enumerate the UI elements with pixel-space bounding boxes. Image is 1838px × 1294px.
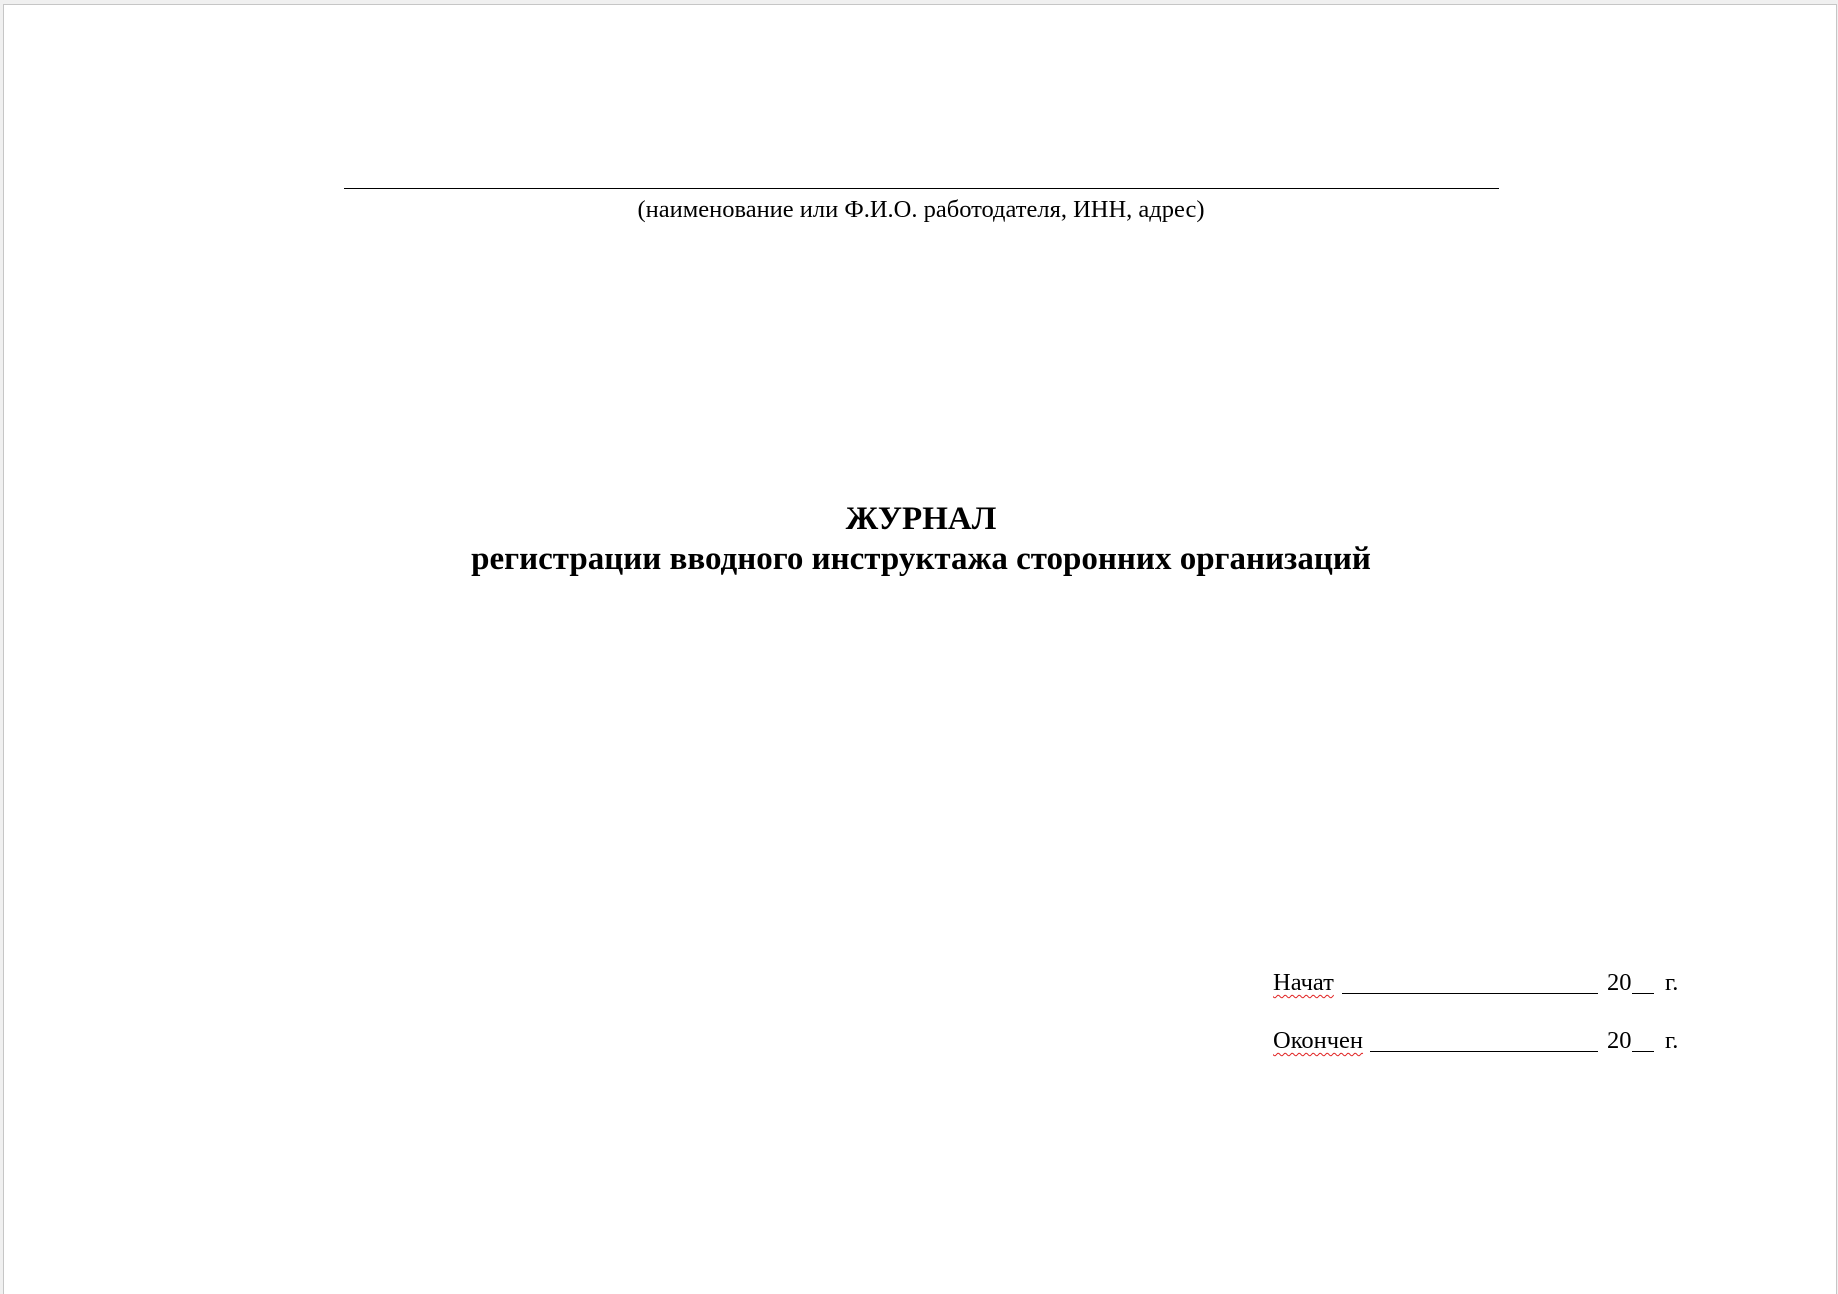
year-suffix-started: г. (1665, 968, 1678, 998)
date-blank-ended (1370, 1051, 1598, 1052)
year-prefix-ended: 20 (1607, 1026, 1632, 1056)
date-blank-started (1342, 993, 1598, 994)
document-subtitle: регистрации вводного инструктажа сторонн… (4, 539, 1838, 579)
date-label-ended[interactable]: Окончен (1273, 1026, 1363, 1056)
employer-name-blank-line (344, 188, 1499, 189)
document-title: ЖУРНАЛ (4, 499, 1838, 539)
year-prefix-started: 20 (1607, 968, 1632, 998)
year-suffix-ended: г. (1665, 1026, 1678, 1056)
year-blank-started (1632, 993, 1654, 994)
document-page[interactable]: (наименование или Ф.И.О. работодателя, И… (3, 4, 1837, 1290)
title-block: ЖУРНАЛ регистрации вводного инструктажа … (4, 499, 1838, 579)
employer-caption: (наименование или Ф.И.О. работодателя, И… (4, 195, 1838, 225)
year-blank-ended (1632, 1051, 1654, 1052)
date-label-started[interactable]: Начат (1273, 968, 1334, 998)
